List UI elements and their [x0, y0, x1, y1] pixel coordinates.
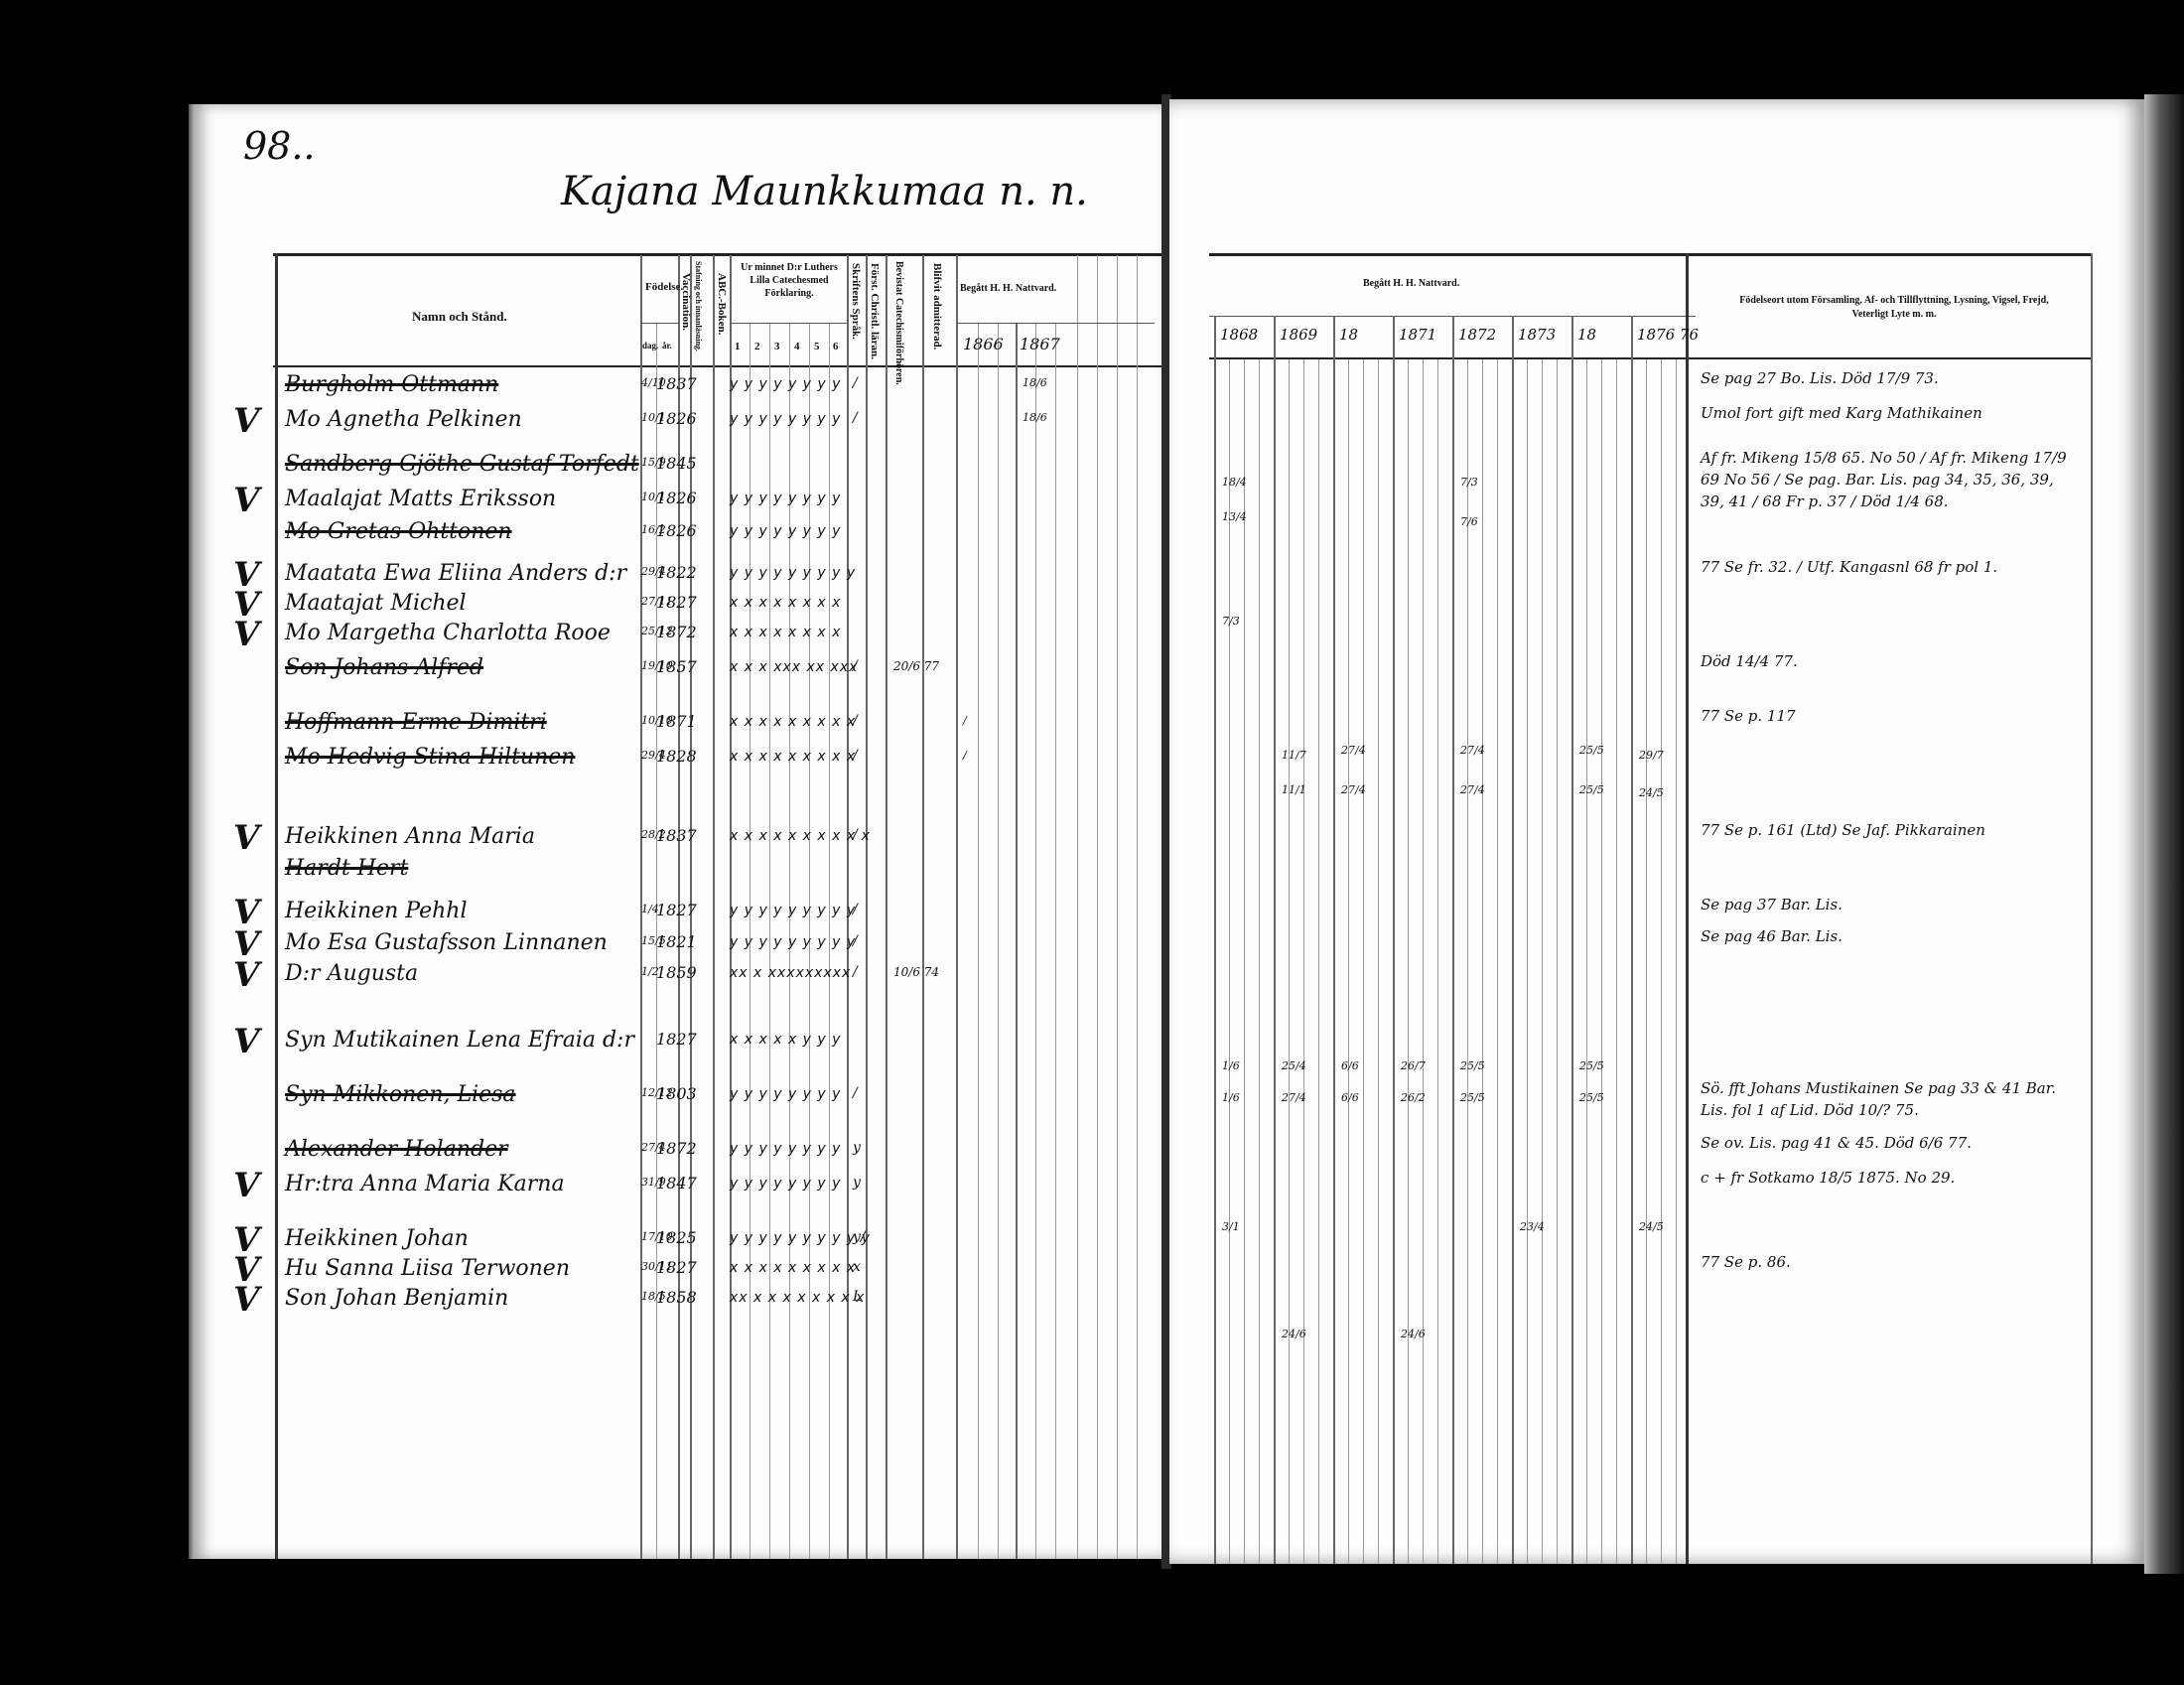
communion-date: 27/4 — [1460, 784, 1485, 795]
birth-year: 1827 — [656, 1030, 697, 1049]
communion-date: 25/5 — [1579, 784, 1604, 795]
person-name: Son Johan Benjamin — [285, 1286, 508, 1311]
remark-text: Se pag 46 Bar. Lis. — [1701, 925, 2078, 947]
communion-date: 18/4 — [1222, 477, 1247, 488]
communion-date: 6/6 — [1341, 1060, 1359, 1071]
header-year: 1873 — [1518, 326, 1556, 344]
scripture-mark: / — [853, 410, 858, 426]
table-right-border — [2091, 253, 2093, 1564]
header-name: Namn och Stånd. — [412, 309, 507, 325]
col-rule — [1318, 359, 1319, 1564]
header-year: 18 — [1577, 326, 1596, 344]
col-rule — [1512, 316, 1514, 1564]
header-year: 1869 — [1280, 326, 1317, 344]
communion-date: 27/4 — [1460, 745, 1485, 756]
col-rule — [1378, 359, 1379, 1564]
col-rule — [1274, 316, 1276, 1564]
left-page: 98.. Kajana Maunkkumaa n. n. Namn och St… — [194, 104, 1161, 1559]
col-rule — [1408, 359, 1409, 1564]
header-birth-year: år. — [662, 341, 672, 351]
person-name: Mo Hedvig Stina Hiltunen — [285, 745, 575, 770]
person-name: Hoffmann Erme Dimitri — [285, 710, 547, 735]
header-year-1866: 1866 — [963, 335, 1004, 353]
person-name: Syn Mutikainen Lena Efraia d:r — [285, 1028, 634, 1053]
birth-year: 1872 — [656, 623, 697, 641]
remark-text: 77 Se fr. 32. / Utf. Kangasnl 68 fr pol … — [1701, 556, 2078, 578]
scripture-mark: / — [853, 375, 858, 391]
scripture-mark: / — [853, 713, 858, 729]
col-rule — [1601, 359, 1602, 1564]
header-year: 1871 — [1399, 326, 1436, 344]
col-rule — [1393, 316, 1395, 1564]
check-mark: V — [233, 1022, 259, 1061]
col-rule — [1661, 359, 1662, 1564]
remark-text: c + fr Sotkamo 18/5 1875. No 29. — [1701, 1167, 2078, 1189]
col-rule — [1214, 316, 1216, 1564]
birth-year: 1859 — [656, 963, 697, 982]
catechism-marks: x x x x x x x x — [730, 595, 841, 611]
catechism-marks: xx x x x x x x x x — [730, 1290, 865, 1306]
scripture-mark: / — [853, 1085, 858, 1101]
header-cat-6: 6 — [833, 341, 839, 352]
table-left-border — [275, 253, 278, 1559]
header-remarks: Födelseort utom Församling, Af- och Till… — [1725, 294, 2063, 322]
header-cat-3: 3 — [774, 341, 780, 352]
col-rule — [1557, 359, 1558, 1564]
catechism-marks: y y y y y y y y — [730, 523, 841, 539]
birth-year: 1827 — [656, 593, 697, 612]
catechism-marks: x x x x x x x x x x — [730, 828, 871, 844]
birth-year: 1828 — [656, 747, 697, 766]
communion-date: 27/4 — [1341, 784, 1366, 795]
header-birth: Födelse. — [645, 281, 683, 293]
communion-date: 7/6 — [1460, 516, 1478, 527]
header-year: 18 — [1339, 326, 1358, 344]
person-name: Mo Esa Gustafsson Linnanen — [285, 930, 608, 955]
col-rule — [1631, 316, 1633, 1564]
table-top-rule — [273, 253, 1161, 256]
remark-text: Se pag 37 Bar. Lis. — [1701, 894, 2078, 915]
person-name: Heikkinen Anna Maria — [285, 824, 535, 849]
person-name: Heikkinen Johan — [285, 1226, 469, 1251]
header-cat-5: 5 — [814, 341, 820, 352]
birth-year: 1872 — [656, 1139, 697, 1158]
communion-1867: 18/6 — [1023, 376, 1047, 389]
col-rule — [886, 255, 887, 1559]
scripture-mark: / — [853, 748, 858, 764]
header-cat-2: 2 — [754, 341, 760, 352]
col-rule — [1542, 359, 1543, 1564]
communion-1866: / — [963, 749, 967, 762]
col-rule — [1229, 359, 1230, 1564]
table-top-rule — [1209, 253, 2093, 256]
birth-year: 1857 — [656, 657, 697, 676]
birth-year: 1871 — [656, 712, 697, 731]
communion-date: 24/5 — [1639, 787, 1664, 798]
communion-date: 25/5 — [1579, 1092, 1604, 1103]
person-name: Alexander Holander — [285, 1137, 508, 1162]
col-rule — [1259, 359, 1260, 1564]
scripture-mark: / — [853, 964, 858, 980]
catechism-marks: y y y y y y y y — [730, 1141, 841, 1157]
person-name: D:r Augusta — [285, 961, 418, 986]
communion-date: 13/4 — [1222, 511, 1247, 522]
header-cat-4: 4 — [794, 341, 800, 352]
communion-date: 24/6 — [1401, 1329, 1426, 1339]
check-mark: V — [233, 1280, 259, 1320]
col-rule — [1016, 323, 1018, 1559]
catechism-marks: y y y y y y y y y — [730, 934, 856, 950]
col-rule — [1303, 359, 1304, 1564]
col-rule — [1452, 316, 1454, 1564]
birth-year: 1821 — [656, 932, 697, 951]
col-rule — [866, 255, 868, 1559]
birth-year: 1826 — [656, 409, 697, 428]
person-name: Mo Gretas Ohttonen — [285, 519, 512, 544]
col-rule — [1616, 359, 1617, 1564]
scripture-mark: y — [853, 1175, 861, 1191]
col-rule — [1676, 359, 1677, 1564]
col-rule — [1348, 359, 1349, 1564]
catechism-marks: y y y y y y y y y y — [730, 1230, 871, 1246]
col-rule — [956, 255, 958, 1559]
person-name: Maalajat Matts Eriksson — [285, 487, 556, 511]
person-name: Hr:tra Anna Maria Karna — [285, 1172, 565, 1196]
catechism-marks: x x x xxx xx xxx — [730, 659, 858, 675]
catechism-marks: y y y y y y y y y — [730, 565, 856, 581]
catechism-marks: x x x x x x x x x — [730, 1260, 856, 1276]
catechism-marks: x x x x x x x x x — [730, 714, 856, 730]
subheader-rule — [956, 323, 1155, 324]
admitted-date: 10/6 74 — [893, 965, 939, 979]
communion-date: 3/1 — [1222, 1221, 1240, 1232]
communion-1867: 18/6 — [1023, 411, 1047, 424]
admitted-date: 20/6 77 — [893, 659, 939, 673]
remark-text: Se pag 27 Bo. Lis. Död 17/9 73. — [1701, 367, 2078, 389]
col-rule — [1244, 359, 1245, 1564]
birth-year: 1837 — [656, 374, 697, 393]
birth-year: 1803 — [656, 1084, 697, 1103]
catechism-marks: y y y y y y y y — [730, 411, 841, 427]
col-rule — [1482, 359, 1483, 1564]
birth-year: 1826 — [656, 489, 697, 507]
check-mark: V — [233, 401, 259, 441]
remark-text: 77 Se p. 86. — [1701, 1251, 2078, 1273]
remark-text: 77 Se p. 161 (Ltd) Se Jaf. Pikkarainen — [1701, 819, 2078, 841]
right-page-edge — [2144, 94, 2184, 1574]
col-rule — [1571, 316, 1573, 1564]
header-reading: Stafning och innanläsning. — [694, 261, 703, 360]
catechism-marks: x x x x x x x x x — [730, 749, 856, 765]
catechism-marks: y y y y y y y y — [730, 1176, 841, 1192]
col-rule — [998, 323, 999, 1559]
header-bottom-rule — [273, 365, 1161, 367]
page-number: 98.. — [243, 124, 316, 168]
communion-date: 25/5 — [1579, 1060, 1604, 1071]
header-admitted: Blifvit admitterad. — [931, 263, 943, 350]
col-rule — [922, 255, 924, 1559]
col-rule — [978, 323, 979, 1559]
person-name: Hu Sanna Liisa Terwonen — [285, 1256, 570, 1281]
birth-year: 1847 — [656, 1174, 697, 1193]
col-rule — [1137, 255, 1138, 1559]
communion-date: 26/2 — [1401, 1092, 1426, 1103]
header-catechism: Ur minnet D:r Luthers Lilla Catechesmed … — [732, 261, 847, 300]
communion-date: 6/6 — [1341, 1092, 1359, 1103]
header-year: 1872 — [1458, 326, 1496, 344]
check-mark: V — [233, 818, 259, 858]
col-rule — [1527, 359, 1528, 1564]
person-name: Sandberg Gjöthe Gustaf Torfedt — [285, 452, 639, 477]
person-name: Heikkinen Pehhl — [285, 899, 468, 923]
remark-text: 77 Se p. 117 — [1701, 705, 2078, 727]
col-rule — [1117, 255, 1118, 1559]
scripture-mark: y — [853, 1140, 861, 1156]
remark-text: Se ov. Lis. pag 41 & 45. Död 6/6 77. — [1701, 1132, 2078, 1154]
person-name: Son Johans Alfred — [285, 655, 483, 680]
col-rule — [1497, 359, 1498, 1564]
remark-text: Umol fort gift med Karg Mathikainen — [1701, 402, 2078, 424]
catechism-marks: xx x xxxxxxxxx — [730, 965, 851, 981]
header-cat-1: 1 — [735, 341, 741, 352]
header-scripture: Skriftens Språk. — [850, 263, 862, 340]
communion-date: 1/6 — [1222, 1092, 1240, 1103]
col-rule — [1423, 359, 1424, 1564]
header-vaccination: Vaccination. — [680, 273, 692, 331]
communion-date: 24/6 — [1282, 1329, 1306, 1339]
person-name: Maatata Ewa Eliina Anders d:r — [285, 561, 626, 586]
communion-date: 26/7 — [1401, 1060, 1426, 1071]
scripture-mark: L — [853, 1289, 862, 1305]
page-heading: Kajana Maunkkumaa n. n. — [561, 169, 1088, 214]
communion-date: 25/5 — [1579, 745, 1604, 756]
person-name: Maatajat Michel — [285, 591, 467, 616]
birth-year: 1837 — [656, 826, 697, 845]
subheader-rule — [640, 323, 680, 324]
person-name: Mo Margetha Charlotta Rooe — [285, 621, 611, 645]
communion-date: 11/1 — [1282, 784, 1306, 795]
birth-year: 1826 — [656, 521, 697, 540]
check-mark: V — [233, 481, 259, 520]
communion-date: 23/4 — [1520, 1221, 1545, 1232]
col-rule — [1289, 359, 1290, 1564]
scripture-mark: / — [853, 658, 858, 674]
col-rule — [1035, 323, 1036, 1559]
header-communion-left: Begått H. H. Nattvard. — [960, 283, 1056, 294]
header-catechism-hearing: Bevistat Catechismiförhören. — [893, 261, 904, 360]
communion-date: 25/5 — [1460, 1092, 1485, 1103]
birth-year: 1858 — [656, 1288, 697, 1307]
col-rule — [1055, 323, 1056, 1559]
col-rule — [1437, 359, 1438, 1564]
catechism-marks: y y y y y y y y y — [730, 903, 856, 918]
communion-date: 25/5 — [1460, 1060, 1485, 1071]
birth-year: 1825 — [656, 1228, 697, 1247]
scripture-mark: x — [853, 1259, 861, 1275]
communion-1866: / — [963, 714, 967, 727]
remark-text: Död 14/4 77. — [1701, 650, 2078, 672]
catechism-marks: y y y y y y y y — [730, 1086, 841, 1102]
check-mark: V — [233, 955, 259, 995]
header-year-1867: 1867 — [1020, 335, 1060, 353]
remark-text: Af fr. Mikeng 15/8 65. No 50 / Af fr. Mi… — [1701, 447, 2078, 512]
scripture-mark: / — [853, 933, 858, 949]
person-name: Burgholm Ottmann — [285, 372, 498, 397]
header-abc: ABC.-Boken. — [716, 273, 728, 335]
header-christian: Först. Christl. läran. — [869, 263, 881, 359]
catechism-marks: x x x x x x x x — [730, 625, 841, 640]
check-mark: V — [233, 1166, 259, 1205]
communion-date: 25/4 — [1282, 1060, 1306, 1071]
communion-date: 11/7 — [1282, 750, 1306, 761]
check-mark: V — [233, 615, 259, 654]
right-page: Begått H. H. Nattvard. Födelseort utom F… — [1169, 99, 2144, 1564]
col-rule — [1363, 359, 1364, 1564]
remark-text: Sö. fft Johans Mustikainen Se pag 33 & 4… — [1701, 1077, 2078, 1121]
communion-date: 27/4 — [1282, 1092, 1306, 1103]
catechism-marks: y y y y y y y y — [730, 376, 841, 392]
scripture-mark: / — [853, 827, 858, 843]
col-rule — [1467, 359, 1468, 1564]
col-rule — [1586, 359, 1587, 1564]
person-name: Syn Mikkonen, Liesa — [285, 1082, 516, 1107]
birth-year: 1827 — [656, 1258, 697, 1277]
header-birth-day: dag. — [642, 341, 658, 351]
communion-date: 7/3 — [1460, 477, 1478, 488]
communion-date: 1/6 — [1222, 1060, 1240, 1071]
col-rule — [1333, 316, 1335, 1564]
communion-date: 27/4 — [1341, 745, 1366, 756]
birth-year: 1822 — [656, 563, 697, 582]
scripture-mark: / — [853, 902, 858, 917]
col-rule — [713, 255, 715, 1559]
col-rule — [1077, 255, 1078, 1559]
communion-date: 29/7 — [1639, 750, 1664, 761]
catechism-marks: x x x x x y y y — [730, 1032, 841, 1048]
person-name: Hardt Hert — [285, 856, 408, 881]
catechism-marks: y y y y y y y y — [730, 491, 841, 506]
communion-date: 7/3 — [1222, 616, 1240, 627]
col-rule — [1097, 255, 1098, 1559]
header-year: 1876 76 — [1637, 326, 1699, 344]
col-rule — [1646, 359, 1647, 1564]
header-year: 1868 — [1220, 326, 1258, 344]
scripture-mark: y/ — [853, 1229, 866, 1245]
header-bottom-rule — [1209, 357, 2093, 359]
header-communion-right: Begått H. H. Nattvard. — [1363, 278, 1459, 289]
birth-year: 1827 — [656, 901, 697, 919]
remarks-divider — [1686, 253, 1689, 1564]
subheader-rule — [730, 323, 847, 324]
communion-date: 24/5 — [1639, 1221, 1664, 1232]
person-name: Mo Agnetha Pelkinen — [285, 407, 522, 432]
birth-year: 1845 — [656, 454, 697, 473]
